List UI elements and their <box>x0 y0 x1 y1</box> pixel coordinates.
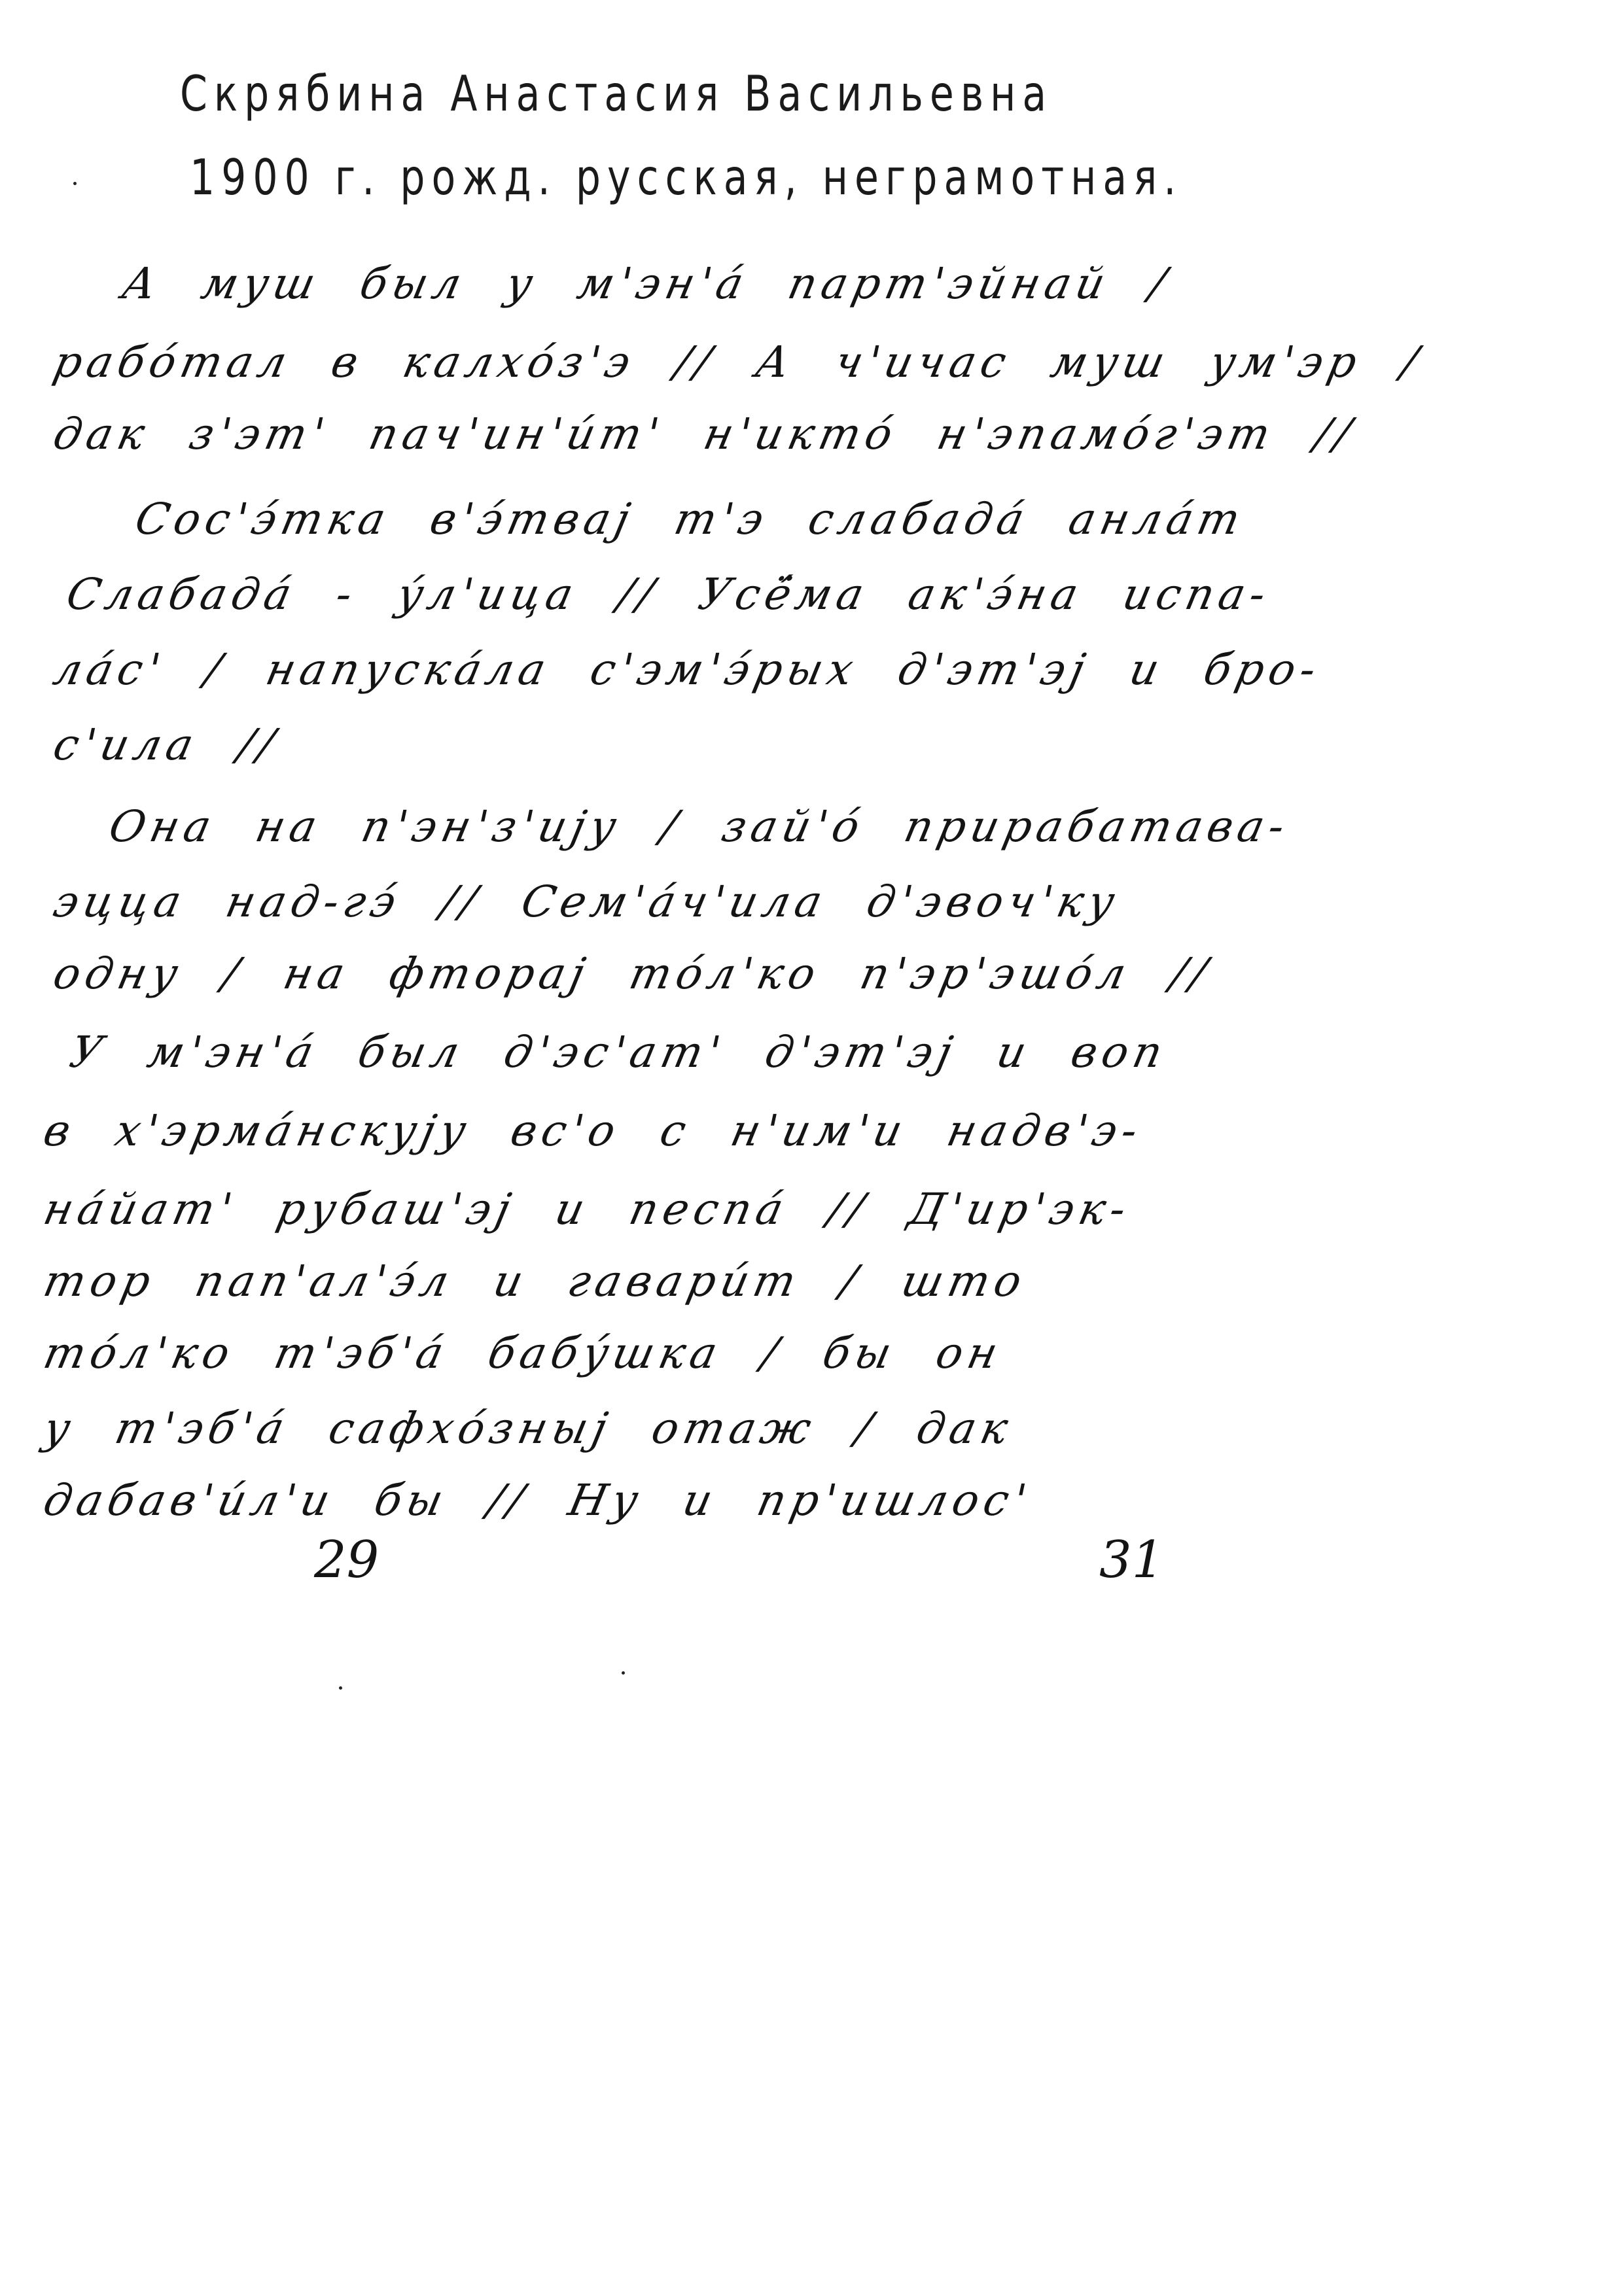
transcript-line: дабав'и́л'и бы // Ну и пр'ишлос' <box>39 1475 1036 1525</box>
transcript-line: на́йат' рубаш'эj и песпа́ // Д'ир'эк- <box>39 1184 1136 1234</box>
transcript-line: тор пап'ал'э́л и гавари́т / што <box>39 1256 1031 1306</box>
transcript-line: эццa над-гэ́ // Сем'а́ч'ила д'эвоч'ку <box>49 877 1124 927</box>
transcript-line: Сос'э́тка в'э́тваj т'э слабада́ анла́т <box>131 494 1250 544</box>
scan-speck <box>339 1686 342 1690</box>
transcript-line: дак з'эт' пач'ин'и́т' н'икто́ н'эпамо́г'… <box>49 409 1360 459</box>
transcript-line: у т'эб'а́ сафхо́зныj отаж / дак <box>39 1403 1017 1453</box>
transcript-line: одну / на фтораj то́л'ко п'эр'эшо́л // <box>49 948 1216 999</box>
transcript-line: с'ила // <box>49 720 284 770</box>
transcript-line: У м'эн'а́ был д'эс'ат' д'эт'эj и воп <box>65 1027 1172 1077</box>
transcript-line: Она на п'эн'з'иjу / зай'о́ прирабатава- <box>105 801 1294 852</box>
scan-speck <box>73 182 77 185</box>
transcript-line: Слабада́ - у́л'ица // Усё́ма ак'э́на исп… <box>62 569 1275 619</box>
transcript-line: в х'эрма́нскуjу вс'о с н'им'и надв'э- <box>39 1105 1147 1156</box>
transcript-line: то́л'ко т'эб'а́ бабу́шка / бы он <box>39 1328 1007 1378</box>
transcript-line: рабо́тал в калхо́з'э // А ч'ичас муш ум'… <box>49 337 1428 387</box>
page-number-right: 31 <box>1099 1531 1164 1590</box>
transcript-line: ла́с' / напуска́ла с'эм'э́рых д'эт'эj и … <box>49 644 1326 695</box>
transcript-line: А муш был у м'эн'а́ парт'эйнай / <box>118 258 1176 309</box>
speaker-info-header: 1900 г. рожд. русская, неграмотная. <box>190 149 1182 207</box>
scanned-page: Скрябина Анастасия Васильевна 1900 г. ро… <box>0 0 1607 2296</box>
page-number-left: 29 <box>314 1531 379 1590</box>
scan-speck <box>622 1671 625 1675</box>
speaker-name-header: Скрябина Анастасия Васильевна <box>180 65 1053 123</box>
